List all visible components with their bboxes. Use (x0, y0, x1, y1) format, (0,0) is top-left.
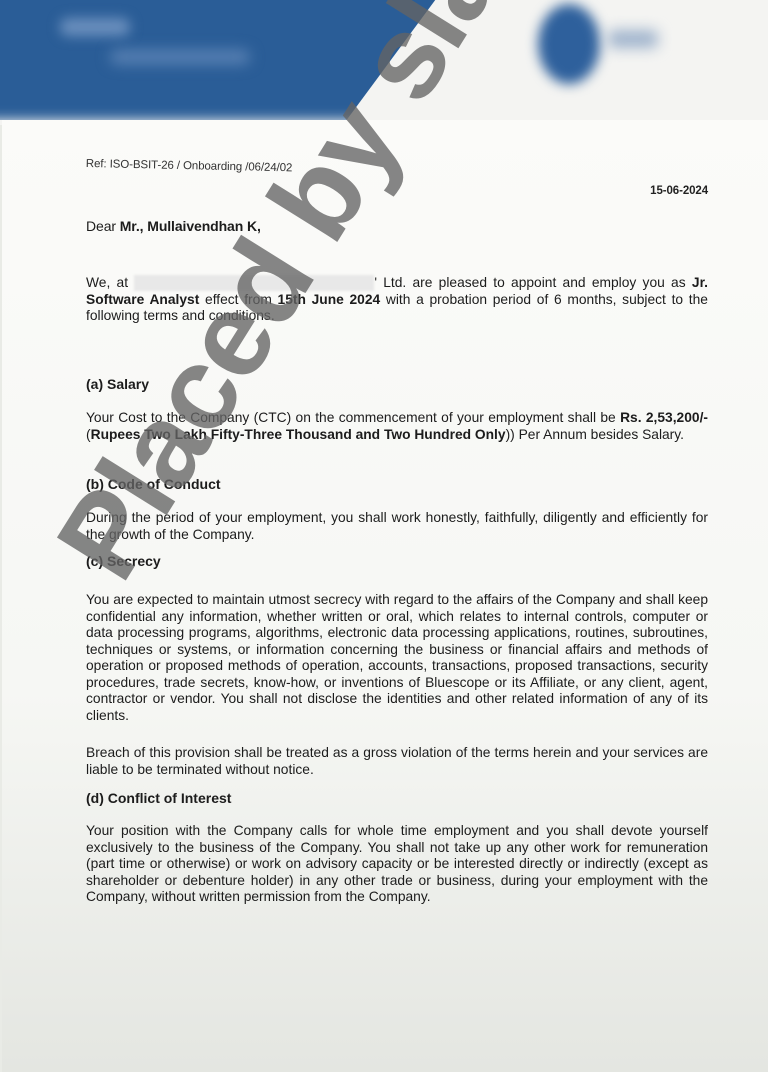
section-heading-salary: (a) Salary (86, 376, 149, 392)
start-date: 15th June 2024 (278, 292, 381, 307)
intro-paragraph: We, at ' Ltd. are pleased to appoint and… (86, 275, 708, 325)
section-heading-secrecy: (c) Secrecy (86, 553, 161, 569)
letter-date: 15-06-2024 (650, 185, 708, 197)
letterhead-banner (0, 0, 768, 125)
reference-number: Ref: ISO-BSIT-26 / Onboarding /06/24/02 (86, 158, 293, 174)
salutation: Dear Mr., Mullaivendhan K, (86, 218, 261, 234)
section-heading-code-of-conduct: (b) Code of Conduct (86, 476, 221, 492)
section-heading-conflict-of-interest: (d) Conflict of Interest (86, 790, 231, 806)
intro-text: effect from (199, 292, 277, 307)
intro-text: ' Ltd. are pleased to appoint and employ… (374, 275, 692, 290)
letterhead-blurred-text (60, 18, 130, 36)
conflict-of-interest-paragraph: Your position with the Company calls for… (86, 823, 708, 906)
letter-page: Ref: ISO-BSIT-26 / Onboarding /06/24/02 … (2, 120, 768, 1072)
ctc-amount: Rs. 2,53,200/- (620, 410, 708, 425)
secrecy-paragraph: You are expected to maintain utmost secr… (86, 592, 708, 724)
salary-text: )) Per Annum besides Salary. (506, 427, 684, 442)
salary-paragraph: Your Cost to the Company (CTC) on the co… (86, 410, 708, 443)
letterhead-blurred-text (110, 50, 250, 64)
secrecy-breach-paragraph: Breach of this provision shall be treate… (86, 745, 708, 778)
intro-text: We, at (86, 275, 134, 290)
salary-text: Your Cost to the Company (CTC) on the co… (86, 410, 620, 425)
company-logo-icon (538, 4, 600, 84)
ctc-amount-words: Rupees Two Lakh Fifty-Three Thousand and… (91, 427, 506, 442)
recipient-name: Mr., Mullaivendhan K, (120, 218, 261, 234)
redacted-company-name (134, 275, 374, 291)
code-of-conduct-paragraph: During the period of your employment, yo… (86, 510, 708, 543)
company-logo-text-blurred (608, 30, 658, 48)
salutation-prefix: Dear (86, 218, 120, 234)
